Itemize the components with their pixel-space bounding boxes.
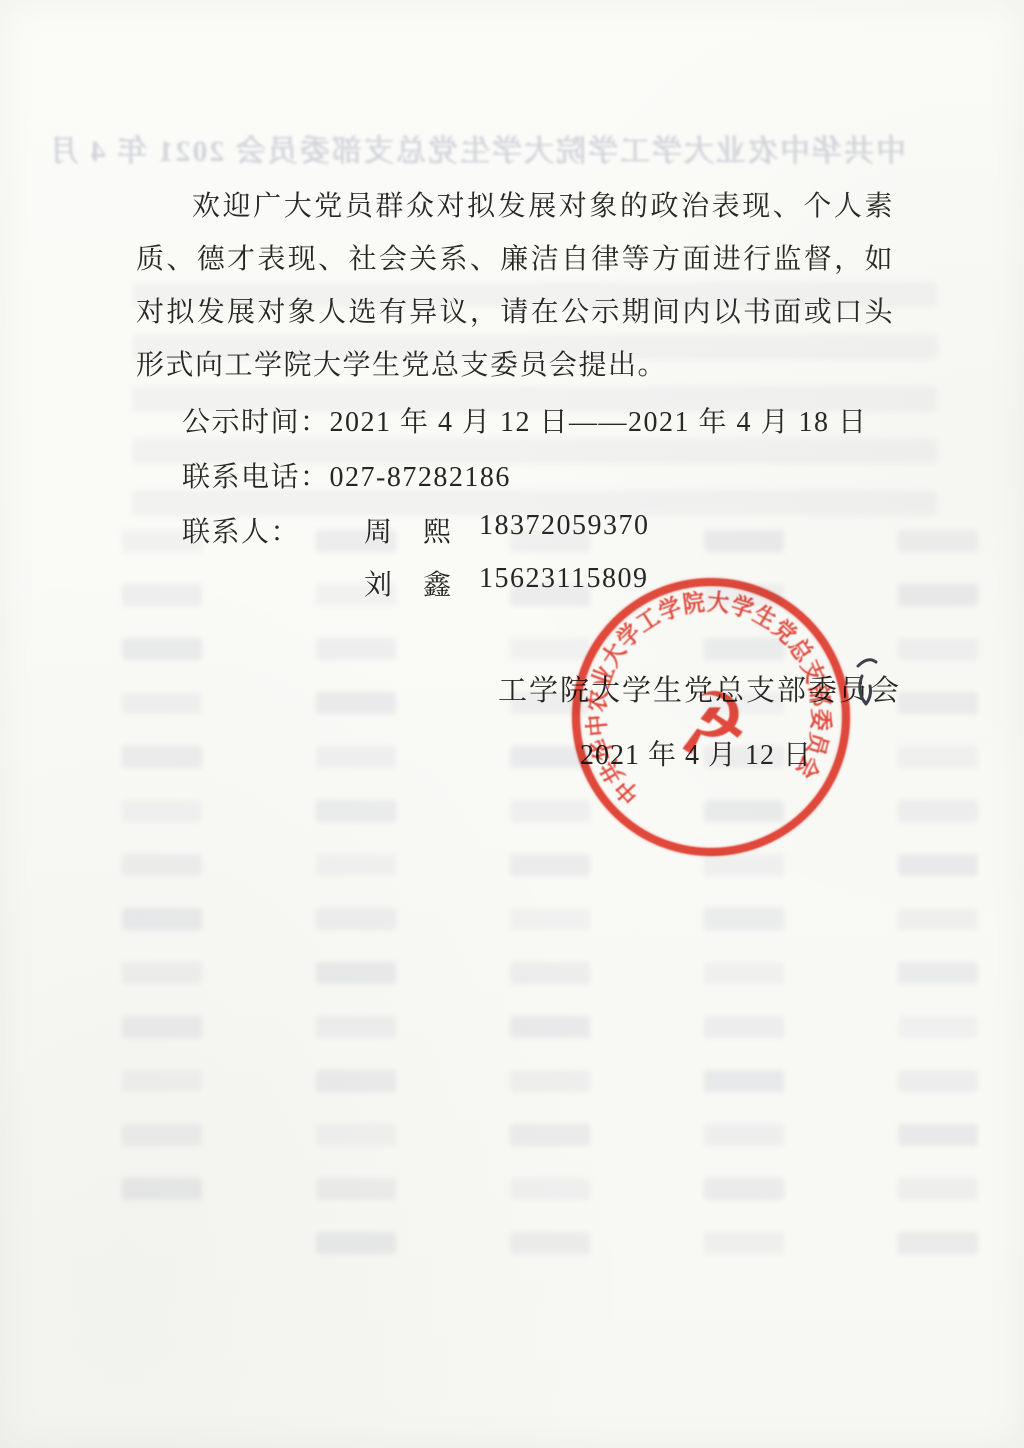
document-content: 欢迎广大党员群众对拟发展对象的政治表现、个人素质、德才表现、社会关系、廉洁自律等…	[0, 0, 1024, 1448]
contact-row: 联系人： 周 熙 18372059370	[182, 510, 650, 550]
signature-block: 工学院大学生党总支部委员会 2021 年 4 月 12 日	[498, 668, 894, 773]
contact-label-spacer	[182, 563, 364, 603]
contact-phone: 18372059370	[479, 510, 650, 550]
ink-mark	[852, 652, 898, 710]
contact-label: 联系人：	[182, 510, 364, 550]
contact-phone-line: 联系电话：027-87282186	[182, 455, 511, 495]
publicity-period-line: 公示时间：2021 年 4 月 12 日——2021 年 4 月 18 日	[182, 400, 868, 440]
notice-body: 欢迎广大党员群众对拟发展对象的政治表现、个人素质、德才表现、社会关系、廉洁自律等…	[136, 180, 894, 392]
contact-phone: 15623115809	[479, 563, 648, 603]
scanned-document-page: 中共华中农业大学工学院大学生党总支部委员会 2021 年 4 月 欢迎广大党员群…	[0, 0, 1024, 1448]
contact-row: 刘 鑫 15623115809	[182, 563, 648, 603]
issuing-committee: 工学院大学生党总支部委员会	[498, 668, 894, 709]
contact-name: 周 熙	[364, 510, 479, 550]
supervision-paragraph: 欢迎广大党员群众对拟发展对象的政治表现、个人素质、德才表现、社会关系、廉洁自律等…	[136, 180, 894, 392]
contact-name: 刘 鑫	[364, 563, 479, 603]
issue-date: 2021 年 4 月 12 日	[498, 733, 894, 773]
